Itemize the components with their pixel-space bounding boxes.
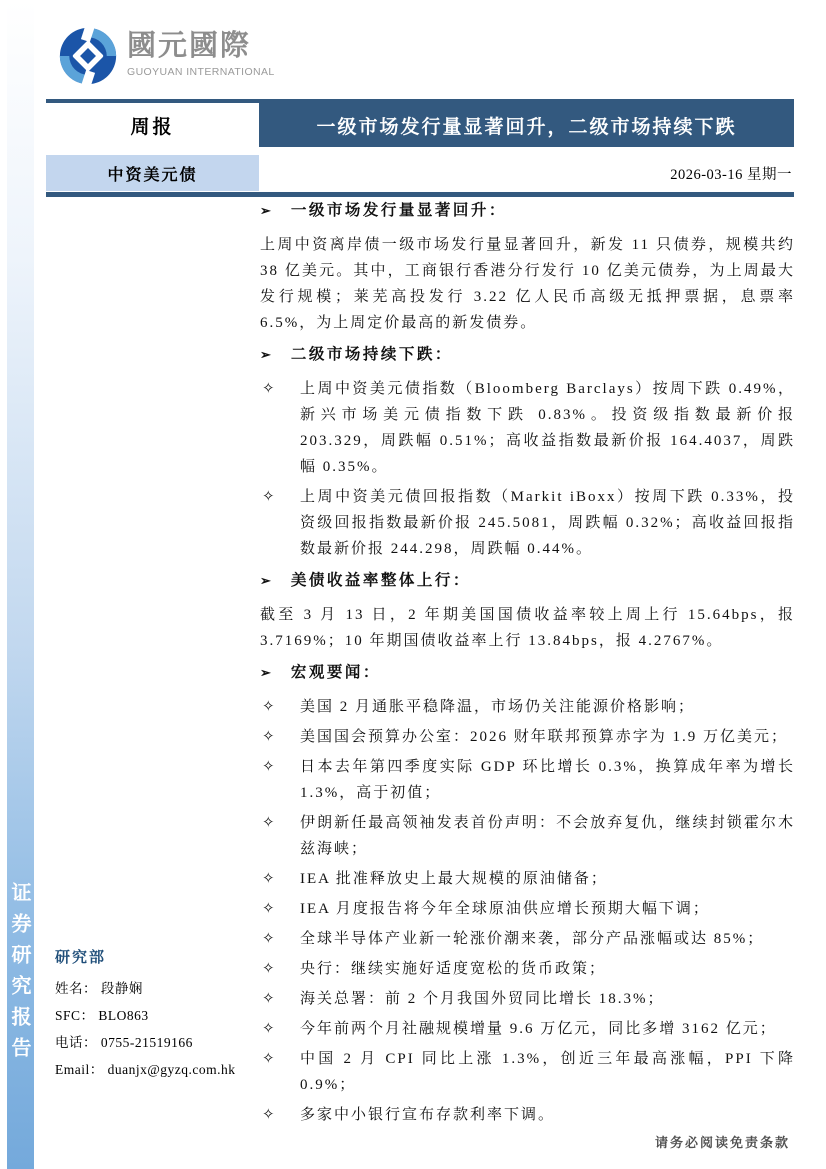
contact-line: Email： duanjx@gyzq.com.hk (55, 1056, 260, 1083)
report-text: 中国 2 月 CPI 同比上涨 1.3%，创近三年最高涨幅，PPI 下降 0.9… (300, 1051, 795, 1093)
report-heading: ➢宏观要闻： (260, 660, 795, 686)
report-heading: ➢二级市场持续下跌： (260, 342, 795, 368)
report-bullet: ✧美国国会预算办公室：2026 财年联邦预算赤字为 1.9 万亿美元； (260, 724, 795, 750)
logo-name-cn: 國元國際 (127, 29, 275, 63)
contact-line: 姓名： 段静娴 (55, 975, 260, 1002)
arrow-bullet-icon: ➢ (260, 203, 271, 218)
diamond-bullet-icon: ✧ (262, 896, 275, 922)
report-paragraph: 截至 3 月 13 日，2 年期美国国债收益率较上周上行 15.64bps，报 … (260, 602, 795, 654)
report-bullet: ✧IEA 批准释放史上最大规模的原油储备； (260, 866, 795, 892)
report-text: 多家中小银行宣布存款利率下调。 (300, 1107, 555, 1123)
logo-name-en: GUOYUAN INTERNATIONAL (127, 66, 275, 78)
report-paragraph: 上周中资离岸债一级市场发行量显著回升，新发 11 只债券，规模共约 38 亿美元… (260, 232, 795, 336)
report-bullet: ✧日本去年第四季度实际 GDP 环比增长 0.3%，换算成年率为增长 1.3%，… (260, 754, 795, 806)
diamond-bullet-icon: ✧ (262, 866, 275, 892)
diamond-bullet-icon: ✧ (262, 484, 275, 510)
report-text: 伊朗新任最高领袖发表首份声明：不会放弃复仇，继续封锁霍尔木兹海峡； (300, 815, 795, 857)
arrow-bullet-icon: ➢ (260, 573, 271, 588)
report-bullet: ✧今年前两个月社融规模增量 9.6 万亿元，同比多增 3162 亿元； (260, 1016, 795, 1042)
contact-lines: 姓名： 段静娴SFC： BLO863电话： 0755-21519166Email… (55, 975, 260, 1083)
diamond-bullet-icon: ✧ (262, 694, 275, 720)
disclaimer-note: 请务必阅读免责条款 (655, 1132, 790, 1151)
report-text: 上周中资离岸债一级市场发行量显著回升，新发 11 只债券，规模共约 38 亿美元… (260, 237, 795, 331)
report-bullet: ✧中国 2 月 CPI 同比上涨 1.3%，创近三年最高涨幅，PPI 下降 0.… (260, 1046, 795, 1098)
report-bullet: ✧多家中小银行宣布存款利率下调。 (260, 1102, 795, 1128)
diamond-bullet-icon: ✧ (262, 1046, 275, 1072)
header-bottom-rule (46, 192, 794, 197)
header-row-meta: 中资美元债 2026-03-16 星期一 (46, 155, 794, 191)
report-bullet: ✧伊朗新任最高领袖发表首份声明：不会放弃复仇，继续封锁霍尔木兹海峡； (260, 810, 795, 862)
header-row-title: 周报 一级市场发行量显著回升，二级市场持续下跌 (46, 103, 794, 147)
report-bullet: ✧全球半导体产业新一轮涨价潮来袭，部分产品涨幅或达 85%； (260, 926, 795, 952)
report-bullet: ✧上周中资美元债回报指数（Markit iBoxx）按周下跌 0.33%，投资级… (260, 484, 795, 562)
contact-line: 电话： 0755-21519166 (55, 1029, 260, 1056)
report-bullet: ✧央行：继续实施好适度宽松的货币政策； (260, 956, 795, 982)
diamond-bullet-icon: ✧ (262, 376, 275, 402)
report-text: IEA 月度报告将今年全球原油供应增长预期大幅下调； (300, 901, 710, 917)
report-text: 今年前两个月社融规模增量 9.6 万亿元，同比多增 3162 亿元； (300, 1021, 777, 1037)
report-category-cell: 中资美元债 (46, 155, 259, 191)
report-text: 二级市场持续下跌： (291, 346, 453, 363)
diamond-bullet-icon: ✧ (262, 754, 275, 780)
report-text: 截至 3 月 13 日，2 年期美国国债收益率较上周上行 15.64bps，报 … (260, 607, 795, 649)
report-title: 一级市场发行量显著回升，二级市场持续下跌 (259, 103, 794, 147)
report-heading: ➢一级市场发行量显著回升： (260, 198, 795, 224)
report-text: 上周中资美元债指数（Bloomberg Barclays）按周下跌 0.49%，… (300, 381, 795, 475)
report-text: 海关总署：前 2 个月我国外贸同比增长 18.3%； (300, 991, 665, 1007)
report-bullet: ✧上周中资美元债指数（Bloomberg Barclays）按周下跌 0.49%… (260, 376, 795, 480)
department-title: 研究部 (55, 946, 260, 967)
contact-block: 研究部 姓名： 段静娴SFC： BLO863电话： 0755-21519166E… (55, 946, 260, 1083)
diamond-bullet-icon: ✧ (262, 810, 275, 836)
arrow-bullet-icon: ➢ (260, 665, 271, 680)
diamond-bullet-icon: ✧ (262, 956, 275, 982)
report-bullet: ✧海关总署：前 2 个月我国外贸同比增长 18.3%； (260, 986, 795, 1012)
vertical-report-label: 证券研究报告 (7, 872, 34, 1077)
diamond-bullet-icon: ✧ (262, 1016, 275, 1042)
report-date: 2026-03-16 星期一 (259, 155, 794, 191)
contact-line: SFC： BLO863 (55, 1002, 260, 1029)
guoyuan-logo-icon (58, 26, 118, 86)
arrow-bullet-icon: ➢ (260, 347, 271, 362)
diamond-bullet-icon: ✧ (262, 926, 275, 952)
report-text: 上周中资美元债回报指数（Markit iBoxx）按周下跌 0.33%，投资级回… (300, 489, 795, 557)
report-type-cell: 周报 (46, 103, 259, 147)
report-text: 美国 2 月通胀平稳降温，市场仍关注能源价格影响； (300, 699, 695, 715)
report-header: 周报 一级市场发行量显著回升，二级市场持续下跌 中资美元债 2026-03-16… (46, 99, 794, 197)
diamond-bullet-icon: ✧ (262, 986, 275, 1012)
report-text: 美国国会预算办公室：2026 财年联邦预算赤字为 1.9 万亿美元； (300, 729, 788, 745)
report-text: 美债收益率整体上行： (291, 572, 471, 589)
header-gap (46, 147, 794, 155)
logo-text: 國元國際 GUOYUAN INTERNATIONAL (127, 26, 275, 78)
diamond-bullet-icon: ✧ (262, 1102, 275, 1128)
report-body: ➢一级市场发行量显著回升：上周中资离岸债一级市场发行量显著回升，新发 11 只债… (260, 198, 795, 1132)
report-text: 全球半导体产业新一轮涨价潮来袭，部分产品涨幅或达 85%； (300, 931, 764, 947)
report-text: IEA 批准释放史上最大规模的原油储备； (300, 871, 608, 887)
report-text: 一级市场发行量显著回升： (291, 202, 507, 219)
report-bullet: ✧IEA 月度报告将今年全球原油供应增长预期大幅下调； (260, 896, 795, 922)
report-bullet: ✧美国 2 月通胀平稳降温，市场仍关注能源价格影响； (260, 694, 795, 720)
company-logo: 國元國際 GUOYUAN INTERNATIONAL (58, 26, 275, 86)
report-text: 日本去年第四季度实际 GDP 环比增长 0.3%，换算成年率为增长 1.3%，高… (300, 759, 795, 801)
report-page: 证券研究报告 國元國際 GUOYUAN INTERNATIONAL 周报 一级市… (0, 0, 826, 1169)
report-heading: ➢美债收益率整体上行： (260, 568, 795, 594)
report-text: 宏观要闻： (291, 664, 381, 681)
report-text: 央行：继续实施好适度宽松的货币政策； (300, 961, 606, 977)
diamond-bullet-icon: ✧ (262, 724, 275, 750)
